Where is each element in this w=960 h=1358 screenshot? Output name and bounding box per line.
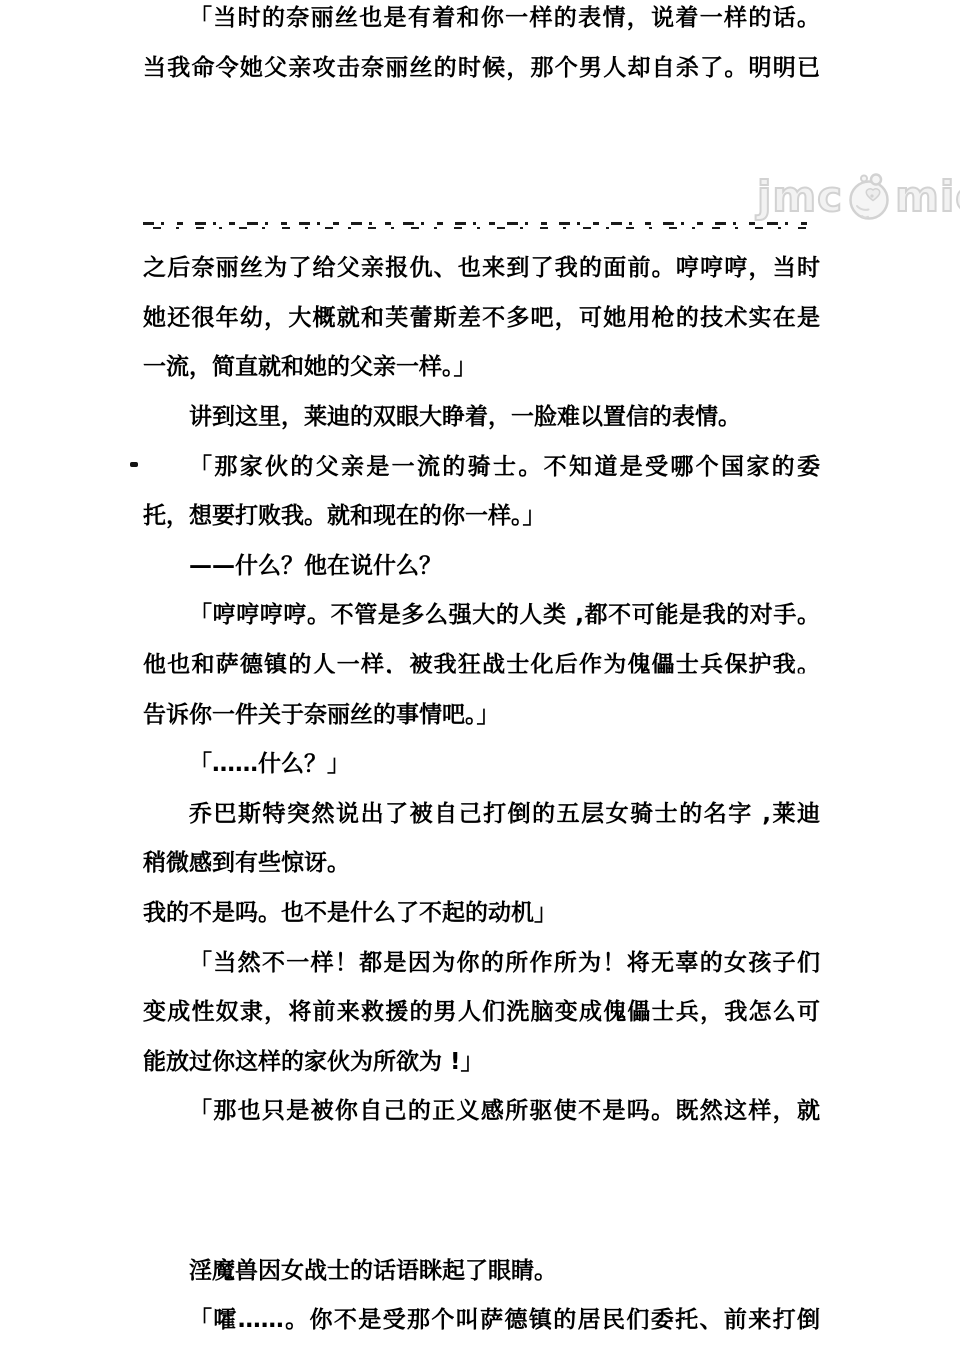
text-line: 「当然不一样！都是因为你的所作所为！将无辜的女孩子们 [143, 939, 820, 989]
text-line: 「嚯……。你不是受那个叫萨德镇的居民们委托、前来打倒 [143, 1296, 820, 1346]
censored-gap [143, 1137, 820, 1247]
text-line: 乔巴斯特突然说出了被自己打倒的五层女骑士的名字 ,莱迪 [143, 790, 820, 840]
text-line: 讲到这里，莱迪的双眼大睁着，一脸难以置信的表情。 [143, 393, 820, 443]
text-line: ——什么？他在说什么？ [143, 542, 820, 592]
clipped-text-line [143, 222, 813, 230]
text-line: 一流，简直就和她的父亲一样。」 [143, 343, 820, 393]
text-line: 当我命令她父亲攻击奈丽丝的时候，那个男人却自杀了。明明已 [143, 44, 820, 94]
novel-text-page: jmc mic 「当时的奈丽丝也是有着和你一样的表情，说着一样的话。当我命令她父… [0, 0, 960, 1358]
ink-speck [130, 462, 138, 467]
watermark-text-right: mic [895, 176, 960, 218]
text-line: 他也和萨德镇的人一样，被我狂战士化后作为傀儡士兵保护我。 [143, 641, 820, 691]
panda-face-icon [845, 173, 893, 221]
text-body: 「当时的奈丽丝也是有着和你一样的表情，说着一样的话。当我命令她父亲攻击奈丽丝的时… [143, 0, 820, 1346]
text-line: 「当时的奈丽丝也是有着和你一样的表情，说着一样的话。 [143, 0, 820, 44]
text-line: 变成性奴隶，将前来救援的男人们洗脑变成傀儡士兵，我怎么可 [143, 988, 820, 1038]
text-line: 之后奈丽丝为了给父亲报仇、也来到了我的面前。哼哼哼，当时 [143, 244, 820, 294]
text-line: 能放过你这样的家伙为所欲为 !」 [143, 1038, 820, 1088]
text-line: 稍微感到有些惊讶。 [143, 839, 820, 889]
text-line: 我的不是吗。也不是什么了不起的动机」 [143, 889, 820, 939]
censored-gap [143, 93, 820, 222]
text-line: 托，想要打败我。就和现在的你一样。」 [143, 492, 820, 542]
text-line: 「哼哼哼哼。不管是多么强大的人类 ,都不可能是我的对手。 [143, 591, 820, 641]
text-line: 她还很年幼，大概就和芙蕾斯差不多吧，可她用枪的技术实在是 [143, 294, 820, 344]
text-line: 淫魔兽因女战士的话语眯起了眼睛。 [143, 1247, 820, 1297]
text-line: 告诉你一件关于奈丽丝的事情吧。」 [143, 691, 820, 741]
text-line: 「那家伙的父亲是一流的骑士。不知道是受哪个国家的委 [143, 443, 820, 493]
text-line: 「……什么？」 [143, 740, 820, 790]
text-line: 「那也只是被你自己的正义感所驱使不是吗。既然这样，就 [143, 1087, 820, 1137]
